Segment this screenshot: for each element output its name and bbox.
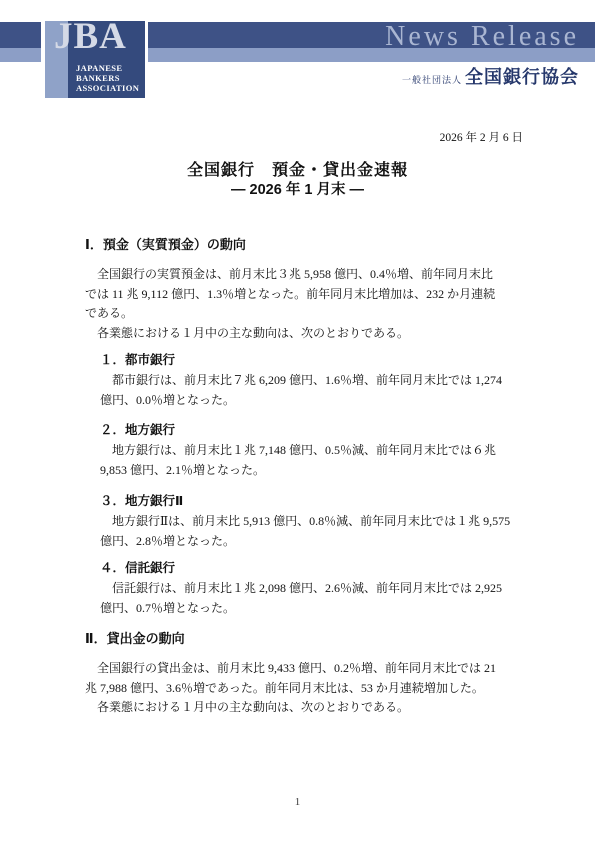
paragraph-line: である。 [85, 304, 523, 324]
subsection-1-body: 都市銀行は、前月末比７兆 6,209 億円、1.6％増、前年同月末比では 1,2… [100, 371, 523, 410]
paragraph-line: 億円、2.8％増となった。 [100, 532, 523, 552]
section-2-heading: Ⅱ．貸出金の動向 [85, 631, 523, 647]
paragraph-line: 各業態における１月中の主な動向は、次のとおりである。 [85, 324, 523, 344]
organization-title: 全国銀行協会 [465, 67, 579, 87]
page-number: 1 [0, 796, 595, 808]
section-2-paragraph: 全国銀行の貸出金は、前月末比 9,433 億円、0.2％増、前年同月末比では 2… [85, 659, 523, 718]
subsection-regional-banks-2: ３．地方銀行Ⅱ 地方銀行Ⅱは、前月末比 5,913 億円、0.8％減、前年同月末… [100, 493, 523, 551]
subsection-3-heading: ３．地方銀行Ⅱ [100, 493, 523, 509]
organization-name: 一般社団法人全国銀行協会 [402, 63, 579, 89]
subsection-regional-banks: ２．地方銀行 地方銀行は、前月末比１兆 7,148 億円、0.5％減、前年同月末… [100, 422, 523, 480]
section-1-paragraph: 全国銀行の実質預金は、前月末比３兆 5,958 億円、0.4％増、前年同月末比 … [85, 265, 523, 343]
paragraph-line: 都市銀行は、前月末比７兆 6,209 億円、1.6％増、前年同月末比では 1,2… [100, 371, 523, 391]
paragraph-line: 地方銀行Ⅱは、前月末比 5,913 億円、0.8％減、前年同月末比では１兆 9,… [100, 512, 523, 532]
document-subtitle: — 2026 年 1 月末 — [0, 182, 595, 199]
paragraph-line: 億円、0.0％増となった。 [100, 391, 523, 411]
document-title: 全国銀行 預金・貸出金速報 [0, 162, 595, 179]
paragraph-line: 億円、0.7％増となった。 [100, 599, 523, 619]
subsection-trust-banks: ４．信託銀行 信託銀行は、前月末比１兆 2,098 億円、2.6％減、前年同月末… [100, 560, 523, 618]
release-date: 2026 年 2 月 6 日 [85, 131, 523, 146]
jba-logo: JBA JAPANESE BANKERS ASSOCIATION [41, 21, 148, 98]
organization-legal-prefix: 一般社団法人 [402, 75, 462, 85]
jba-logo-line: JAPANESE [76, 63, 139, 73]
subsection-4-body: 信託銀行は、前月末比１兆 2,098 億円、2.6％減、前年同月末比では 2,9… [100, 579, 523, 618]
subsection-2-body: 地方銀行は、前月末比１兆 7,148 億円、0.5％減、前年同月末比では６兆 9… [100, 441, 523, 480]
jba-logo-wordmark: JAPANESE BANKERS ASSOCIATION [76, 63, 139, 93]
subsection-4-heading: ４．信託銀行 [100, 560, 523, 576]
paragraph-line: 兆 7,988 億円、3.6％増であった。前年同月末比は、53 か月連続増加した… [85, 679, 523, 699]
paragraph-line: 全国銀行の貸出金は、前月末比 9,433 億円、0.2％増、前年同月末比では 2… [85, 659, 523, 679]
paragraph-line: では 11 兆 9,112 億円、1.3％増となった。前年同月末比増加は、232… [85, 285, 523, 305]
news-release-banner-title: News Release [385, 21, 579, 53]
paragraph-line: 9,853 億円、2.1％増となった。 [100, 461, 523, 481]
subsection-3-body: 地方銀行Ⅱは、前月末比 5,913 億円、0.8％減、前年同月末比では１兆 9,… [100, 512, 523, 551]
news-release-page: JBA JAPANESE BANKERS ASSOCIATION News Re… [0, 0, 595, 842]
paragraph-line: 各業態における１月中の主な動向は、次のとおりである。 [85, 698, 523, 718]
section-1-heading: Ⅰ．預金（実質預金）の動向 [85, 237, 523, 253]
jba-logo-acronym: JBA [54, 15, 127, 58]
subsection-city-banks: １．都市銀行 都市銀行は、前月末比７兆 6,209 億円、1.6％増、前年同月末… [100, 352, 523, 410]
jba-logo-line: BANKERS [76, 73, 139, 83]
subsection-1-heading: １．都市銀行 [100, 352, 523, 368]
paragraph-line: 全国銀行の実質預金は、前月末比３兆 5,958 億円、0.4％増、前年同月末比 [85, 265, 523, 285]
document-body: 2026 年 2 月 6 日 全国銀行 預金・貸出金速報 — 2026 年 1 … [0, 0, 595, 718]
paragraph-line: 地方銀行は、前月末比１兆 7,148 億円、0.5％減、前年同月末比では６兆 [100, 441, 523, 461]
subsection-2-heading: ２．地方銀行 [100, 422, 523, 438]
paragraph-line: 信託銀行は、前月末比１兆 2,098 億円、2.6％減、前年同月末比では 2,9… [100, 579, 523, 599]
jba-logo-line: ASSOCIATION [76, 83, 139, 93]
